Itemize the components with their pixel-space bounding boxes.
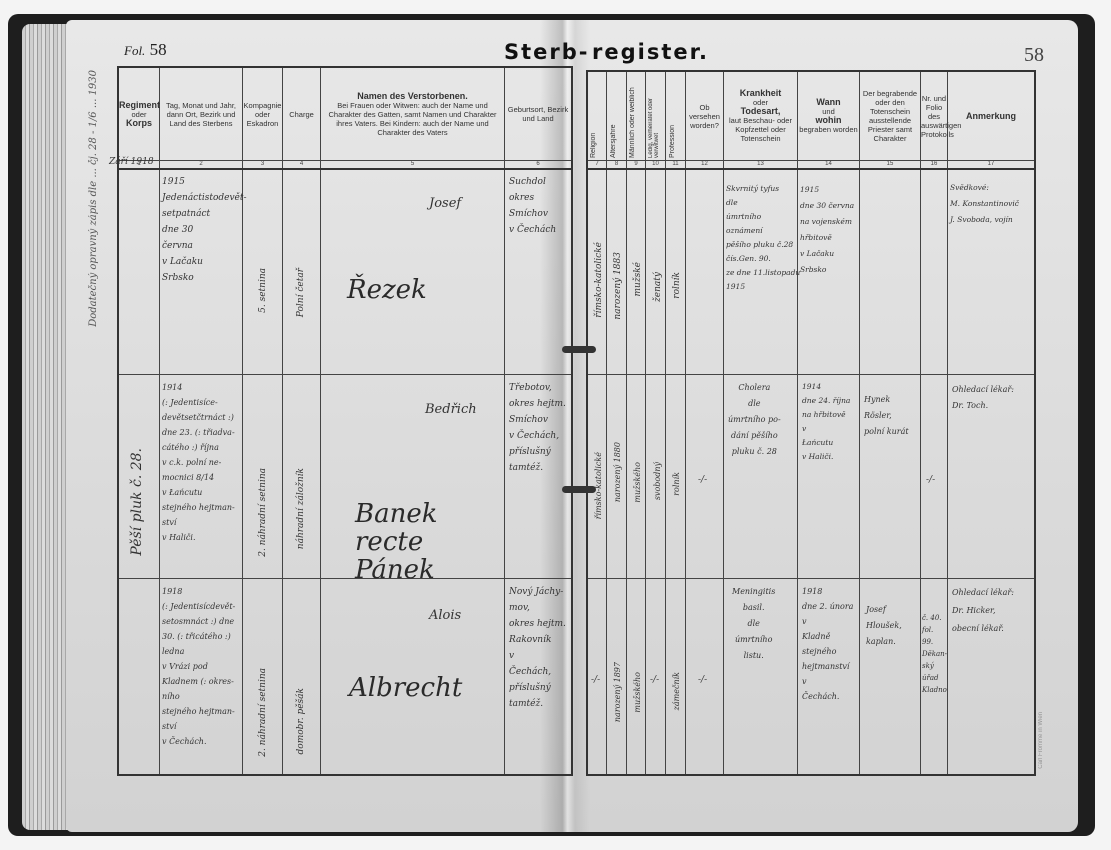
header-profession: Profession bbox=[669, 102, 676, 158]
header-charge: Charge bbox=[283, 68, 320, 160]
row3-surname: Albrecht bbox=[349, 674, 462, 702]
row2-age: narozený 1880 bbox=[610, 442, 626, 502]
row3-burial: 1918 dne 2. února v Kladně stejného hejt… bbox=[802, 584, 853, 704]
row-divider bbox=[119, 578, 571, 579]
header-birthplace: Geburtsort, Bezirk und Land bbox=[505, 68, 571, 160]
row3-cause: Meningitis basil. dle úmrtního listu. bbox=[732, 584, 775, 664]
header-sex: Männlich oder weiblich bbox=[629, 76, 636, 158]
row2-charge: náhradní záložník bbox=[293, 468, 309, 549]
row1-birthplace: Suchdol okres Smíchov v Čechách bbox=[509, 174, 556, 238]
col-number: 17 bbox=[948, 161, 1034, 167]
row2-status: svobodný bbox=[650, 462, 666, 500]
row3-religion: -/- bbox=[591, 672, 600, 688]
row1-cause: Skvrnitý tyfus dle úmrtního oznámení pěš… bbox=[726, 182, 800, 294]
row2-first-name: Bedřich bbox=[425, 402, 477, 418]
header-name: Namen des Verstorbenen.Bei Frauen oder W… bbox=[321, 68, 504, 160]
col-number: 9 bbox=[627, 161, 645, 167]
row3-protocol: č. 40. fol. 99. Děkan- ský úřad Kladno bbox=[922, 612, 947, 696]
row3-provided: -/- bbox=[698, 672, 707, 688]
row3-sex: mužského bbox=[630, 672, 646, 713]
row3-death: 1918 (: Jedentisícdevět- setosmnáct :) d… bbox=[162, 584, 235, 749]
col-divider bbox=[920, 72, 921, 774]
register-title-right: register. bbox=[592, 40, 709, 64]
header-regiment: RegimentoderKorps bbox=[119, 68, 159, 160]
register-title-left: Sterb- bbox=[504, 40, 590, 64]
row1-age: narozený 1883 bbox=[610, 252, 626, 320]
row2-priest: Hynek Rösler, polní kurát bbox=[864, 392, 909, 440]
printer-mark: Carl Fromme in Wien bbox=[1038, 712, 1044, 769]
row1-burial: 1915 dne 30 června na vojenském hřbitově… bbox=[800, 182, 854, 278]
row2-cause: Cholera dle úmrtního po- dání pěšího plu… bbox=[728, 380, 781, 460]
row3-priest: Josef Hloušek, kaplan. bbox=[866, 602, 902, 650]
row1-first-name: Josef bbox=[429, 196, 461, 212]
col-divider bbox=[504, 68, 505, 774]
col-divider bbox=[159, 68, 160, 774]
row1-death: 1915 Jedenáctistodevět- setpatnáct dne 3… bbox=[162, 174, 247, 286]
header-protocol: Nr. und Folio des auswärtigen Protokolls bbox=[921, 72, 947, 160]
folio-prefix: Fol. bbox=[124, 43, 145, 58]
margin-annotation: Dodatečný opravný zápis dle ... čj. 28 -… bbox=[86, 70, 102, 327]
col-number: 8 bbox=[607, 161, 626, 167]
row1-charge: Polní četař bbox=[293, 268, 309, 317]
row3-profession: zámečník bbox=[669, 672, 685, 710]
col-number: 6 bbox=[505, 161, 571, 167]
col-divider bbox=[645, 72, 646, 774]
register-table-left: RegimentoderKorps Tag, Monat und Jahr, d… bbox=[117, 66, 573, 776]
regiment-value: Pěší pluk č. 28. bbox=[129, 448, 145, 556]
row2-profession: rolník bbox=[669, 472, 685, 496]
col-number: 12 bbox=[686, 161, 723, 167]
row3-charge: domobr. pěšák bbox=[293, 688, 309, 754]
row2-sex: mužského bbox=[630, 462, 646, 503]
header-divider bbox=[588, 168, 1034, 170]
col-number: 2 bbox=[160, 161, 242, 167]
folio-label: Fol. 58 bbox=[124, 40, 167, 60]
row3-status: -/- bbox=[650, 672, 659, 688]
row1-status: ženatý bbox=[650, 272, 666, 302]
row1-company: 5. setnina bbox=[255, 268, 271, 313]
col-number: 3 bbox=[243, 161, 282, 167]
col-divider bbox=[947, 72, 948, 774]
header-priest: Der begrabende oder den Totenschein auss… bbox=[860, 72, 920, 160]
col-number: 15 bbox=[860, 161, 920, 167]
col-divider bbox=[665, 72, 666, 774]
col-number: 14 bbox=[798, 161, 859, 167]
col-divider bbox=[320, 68, 321, 774]
row3-age: narozený 1897 bbox=[610, 662, 626, 722]
row2-burial: 1914 dne 24. října na hřbitově v Łańcutu… bbox=[802, 380, 850, 464]
col-divider bbox=[685, 72, 686, 774]
row1-religion: římsko-katolické bbox=[591, 242, 607, 318]
row1-remark: Svědkové: M. Konstantinovič J. Svoboda, … bbox=[950, 180, 1019, 228]
row2-religion: římsko-katolické bbox=[591, 452, 607, 519]
header-date-place: Tag, Monat und Jahr, dann Ort, Bezirk un… bbox=[160, 68, 242, 160]
row2-death: 1914 (: Jedentisíce- devětsetčtrnáct :) … bbox=[162, 380, 235, 545]
col-divider bbox=[723, 72, 724, 774]
col-number: 16 bbox=[921, 161, 947, 167]
header-remark: Anmerkung bbox=[948, 72, 1034, 160]
col-number: 10 bbox=[646, 161, 665, 167]
row-divider bbox=[588, 578, 1034, 579]
row3-birthplace: Nový Jáchy- mov, okres hejtm. Rakovník v… bbox=[509, 584, 566, 712]
row1-surname: Řezek bbox=[347, 276, 427, 304]
row2-provided: -/- bbox=[698, 472, 707, 488]
row2-surname: Banek recte Pánek bbox=[355, 500, 495, 584]
row2-birthplace: Třebotov, okres hejtm. Smíchov v Čechách… bbox=[509, 380, 566, 476]
col-number: 5 bbox=[321, 161, 504, 167]
row3-company: 2. náhradní setnina bbox=[255, 668, 271, 757]
col-divider bbox=[859, 72, 860, 774]
header-religion: Religion bbox=[590, 102, 597, 158]
row3-remark: Ohledací lékař: Dr. Hicker, obecní lékař… bbox=[952, 584, 1014, 638]
col-number: 4 bbox=[283, 161, 320, 167]
header-provided: Ob versehen worden? bbox=[686, 72, 723, 160]
header-marital-status: Ledig, verheiratet oder verwitwet bbox=[648, 76, 660, 158]
row1-profession: rolník bbox=[669, 272, 685, 299]
row2-protocol: -/- bbox=[926, 472, 935, 488]
header-divider bbox=[119, 168, 571, 170]
row3-first-name: Alois bbox=[429, 608, 461, 624]
col-divider bbox=[797, 72, 798, 774]
col-number: 13 bbox=[724, 161, 797, 167]
register-table-right: Religion Altersjahre Männlich oder weibl… bbox=[586, 70, 1036, 776]
col-divider bbox=[606, 72, 607, 774]
col-number: 11 bbox=[666, 161, 685, 167]
col-divider bbox=[282, 68, 283, 774]
header-company: Kompagnie oder Eskadron bbox=[243, 68, 282, 160]
row2-remark: Ohledací lékař: Dr. Toch. bbox=[952, 382, 1014, 414]
header-age: Altersjahre bbox=[610, 102, 617, 158]
row2-company: 2. náhradní setnina bbox=[255, 468, 271, 557]
row-divider bbox=[588, 374, 1034, 375]
page-number-right: 58 bbox=[1024, 44, 1044, 67]
folio-number: 58 bbox=[150, 40, 167, 59]
header-burial: Wannundwohinbegraben worden bbox=[798, 72, 859, 160]
row1-sex: mužské bbox=[630, 262, 646, 296]
header-cause: KrankheitoderTodesart,laut Beschau- oder… bbox=[724, 72, 797, 160]
row-divider bbox=[119, 374, 571, 375]
col-divider bbox=[626, 72, 627, 774]
row1-margin-date: Září 1918 bbox=[109, 154, 154, 170]
col-number: 7 bbox=[588, 161, 606, 167]
